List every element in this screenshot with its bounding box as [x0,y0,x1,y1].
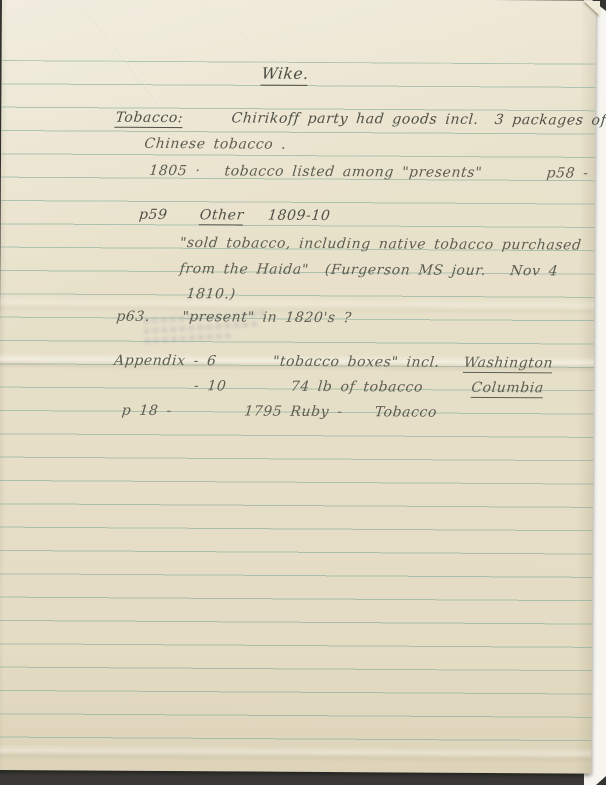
note-line-11: p 18 - 1795 Ruby - Tobacco [71,380,440,442]
ruled-paper: Wike. Tobacco: Chirikoff party had goods… [0,0,596,774]
paper-crease [0,744,591,764]
title-text: Wike. [261,65,310,86]
folded-paper-corner [584,1,600,16]
scan-corner-shadow [596,776,606,785]
scanned-note-page: Wike. Tobacco: Chirikoff party had goods… [0,0,606,785]
